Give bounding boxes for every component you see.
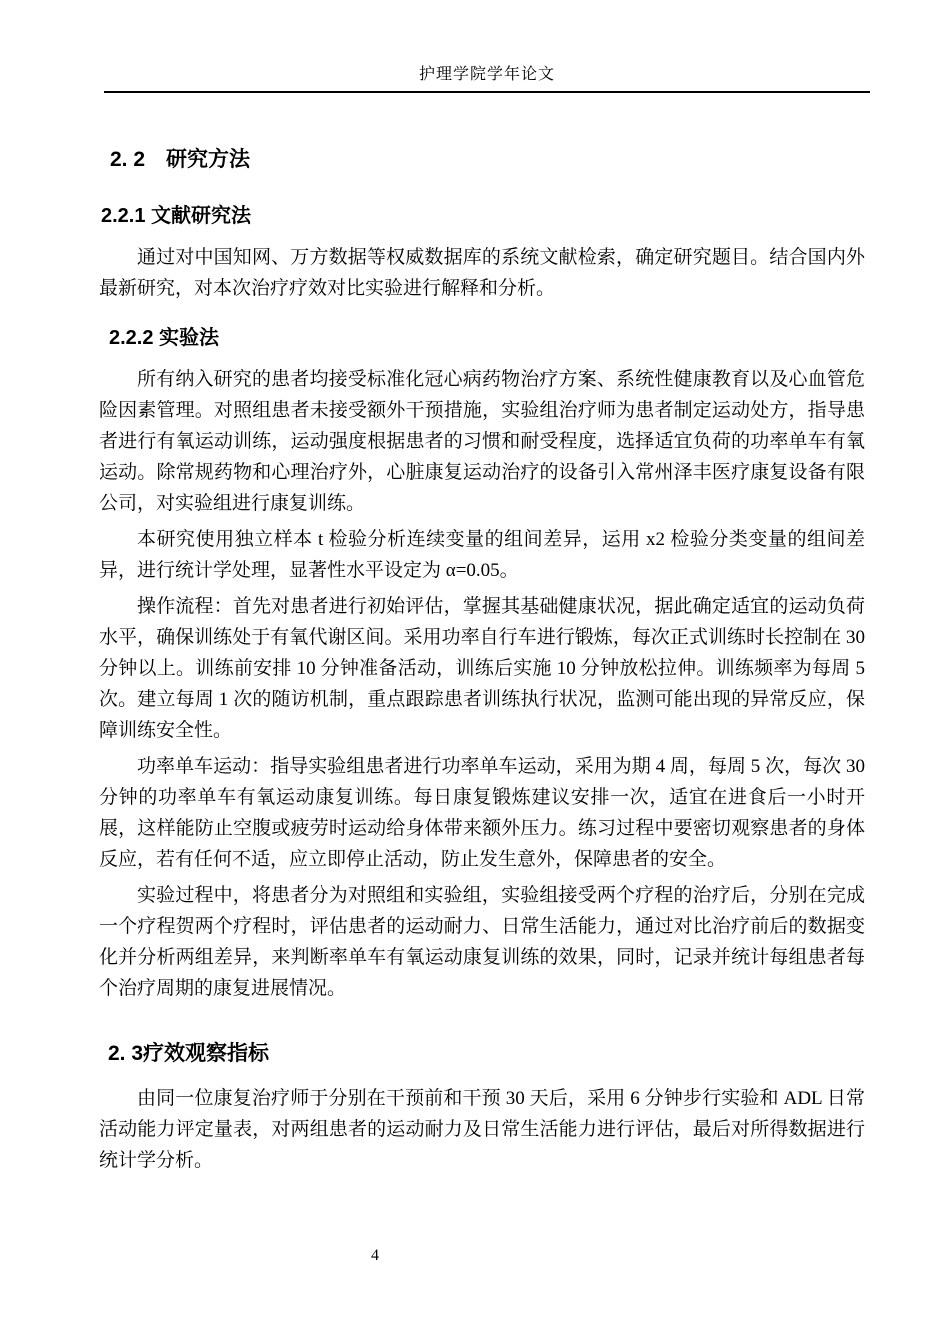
document-page: 护理学院学年论文 2. 2 研究方法 2.2.1 文献研究法 通过对中国知网、万… (0, 0, 950, 1344)
page-content: 2. 2 研究方法 2.2.1 文献研究法 通过对中国知网、万方数据等权威数据库… (99, 147, 865, 1176)
paragraph-literature-method: 通过对中国知网、万方数据等权威数据库的系统文献检索，确定研究题目。结合国内外最新… (99, 242, 865, 304)
subsection-heading-experimental-method: 2.2.2 实验法 (99, 326, 865, 351)
paragraph-cycling-exercise: 功率单车运动：指导实验组患者进行功率单车运动，采用为期 4 周，每周 5 次，每… (99, 751, 865, 875)
paragraph-experiment-process: 实验过程中，将患者分为对照组和实验组，实验组接受两个疗程的治疗后，分别在完成一个… (99, 880, 865, 1004)
paragraph-outcome-evaluation: 由同一位康复治疗师于分别在干预前和干预 30 天后，采用 6 分钟步行实验和 A… (99, 1083, 865, 1176)
section-heading-outcome-indicators: 2. 3疗效观察指标 (99, 1041, 865, 1067)
subsection-heading-literature-method: 2.2.1 文献研究法 (99, 204, 865, 229)
paragraph-statistical-method: 本研究使用独立样本 t 检验分析连续变量的组间差异，运用 x2 检验分类变量的组… (99, 524, 865, 586)
header-title: 护理学院学年论文 (419, 66, 555, 83)
page-number: 4 (371, 1246, 379, 1266)
paragraph-operation-procedure: 操作流程：首先对患者进行初始评估，掌握其基础健康状况，据此确定适宜的运动负荷水平… (99, 591, 865, 746)
page-header: 护理学院学年论文 (104, 0, 870, 93)
paragraph-experiment-setup: 所有纳入研究的患者均接受标准化冠心病药物治疗方案、系统性健康教育以及心血管危险因… (99, 364, 865, 519)
section-heading-research-methods: 2. 2 研究方法 (99, 147, 865, 173)
